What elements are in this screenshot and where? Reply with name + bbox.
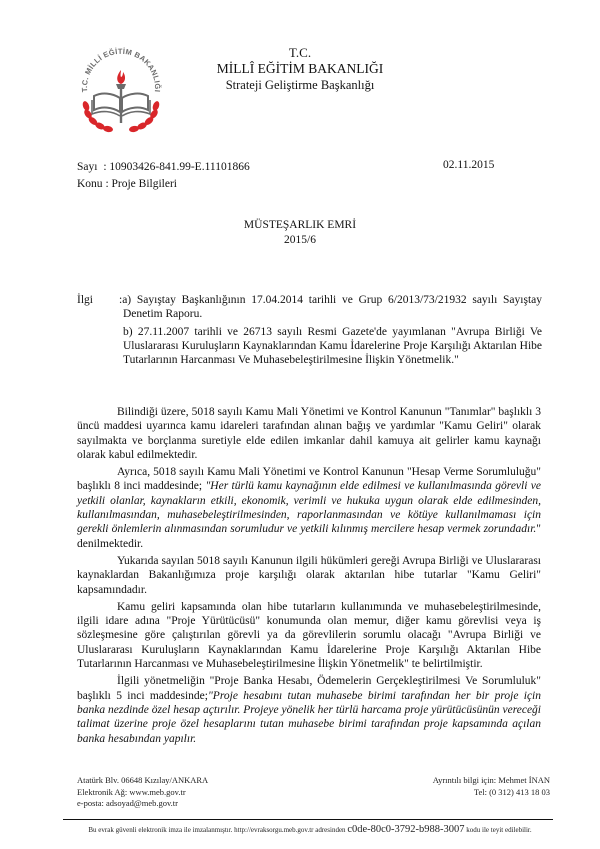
reference-label: İlgi bbox=[77, 293, 93, 307]
footer-contact-block: Ayrıntılı bilgi için: Mehmet İNAN Tel: (… bbox=[360, 775, 550, 798]
paragraph: Kamu geliri kapsamında olan hibe tutarla… bbox=[77, 600, 541, 671]
document-date: 02.11.2015 bbox=[443, 159, 494, 171]
reference-item-a: :a) Sayıştay Başkanlığının 17.04.2014 ta… bbox=[123, 293, 542, 321]
sayi-label: Sayı bbox=[77, 161, 97, 173]
letterhead: T.C. MİLLÎ EĞİTİM BAKANLIĞI Strateji Gel… bbox=[180, 45, 420, 93]
ministry-name: MİLLÎ EĞİTİM BAKANLIĞI bbox=[180, 61, 420, 77]
paragraph: Bilindiği üzere, 5018 sayılı Kamu Mali Y… bbox=[77, 405, 541, 462]
konu-value: : Proje Bilgileri bbox=[105, 178, 177, 190]
konu-label: Konu bbox=[77, 178, 103, 190]
verification-code: c0de-80c0-3792-b988-3007 bbox=[347, 824, 464, 835]
paragraph: Ayrıca, 5018 sayılı Kamu Mali Yönetimi v… bbox=[77, 465, 541, 551]
verification-text: kodu ile teyit edilebilir. bbox=[465, 826, 532, 834]
footer-web: Elektronik Ağ: www.meb.gov.tr bbox=[77, 787, 208, 799]
department-name: Strateji Geliştirme Başkanlığı bbox=[180, 77, 420, 93]
footer-phone: Tel: (0 312) 413 18 03 bbox=[360, 787, 550, 799]
footer-address-block: Atatürk Blv. 06648 Kızılay/ANKARA Elektr… bbox=[77, 775, 208, 810]
country-label: T.C. bbox=[180, 45, 420, 61]
document-meta: Sayı : 10903426-841.99-E.11101866 Konu :… bbox=[77, 159, 250, 193]
order-title: MÜSTEŞARLIK EMRİ bbox=[200, 218, 400, 233]
paragraph: İlgili yönetmeliğin "Proje Banka Hesabı,… bbox=[77, 674, 541, 745]
verification-text: Bu evrak güvenli elektronik imza ile imz… bbox=[88, 826, 347, 834]
konu-row: Konu : Proje Bilgileri bbox=[77, 176, 250, 193]
meb-logo-icon: T.C. MİLLİ EĞİTİM BAKANLIĞI bbox=[76, 44, 166, 136]
reference-section: İlgi :a) Sayıştay Başkanlığının 17.04.20… bbox=[77, 293, 542, 371]
verification-note: Bu evrak güvenli elektronik imza ile imz… bbox=[60, 824, 560, 835]
paragraph: Yukarıda sayılan 5018 sayılı Kanunun ilg… bbox=[77, 554, 541, 597]
order-heading: MÜSTEŞARLIK EMRİ 2015/6 bbox=[200, 218, 400, 248]
document-body: Bilindiği üzere, 5018 sayılı Kamu Mali Y… bbox=[77, 405, 541, 749]
reference-item-b: b) 27.11.2007 tarihli ve 26713 sayılı Re… bbox=[123, 325, 542, 367]
footer-contact: Ayrıntılı bilgi için: Mehmet İNAN bbox=[360, 775, 550, 787]
footer-address: Atatürk Blv. 06648 Kızılay/ANKARA bbox=[77, 775, 208, 787]
footer-email: e-posta: adsoyad@meb.gov.tr bbox=[77, 798, 208, 810]
sayi-value: : 10903426-841.99-E.11101866 bbox=[103, 161, 249, 173]
footer-divider bbox=[63, 819, 553, 820]
order-number: 2015/6 bbox=[200, 233, 400, 248]
sayi-row: Sayı : 10903426-841.99-E.11101866 bbox=[77, 159, 250, 176]
